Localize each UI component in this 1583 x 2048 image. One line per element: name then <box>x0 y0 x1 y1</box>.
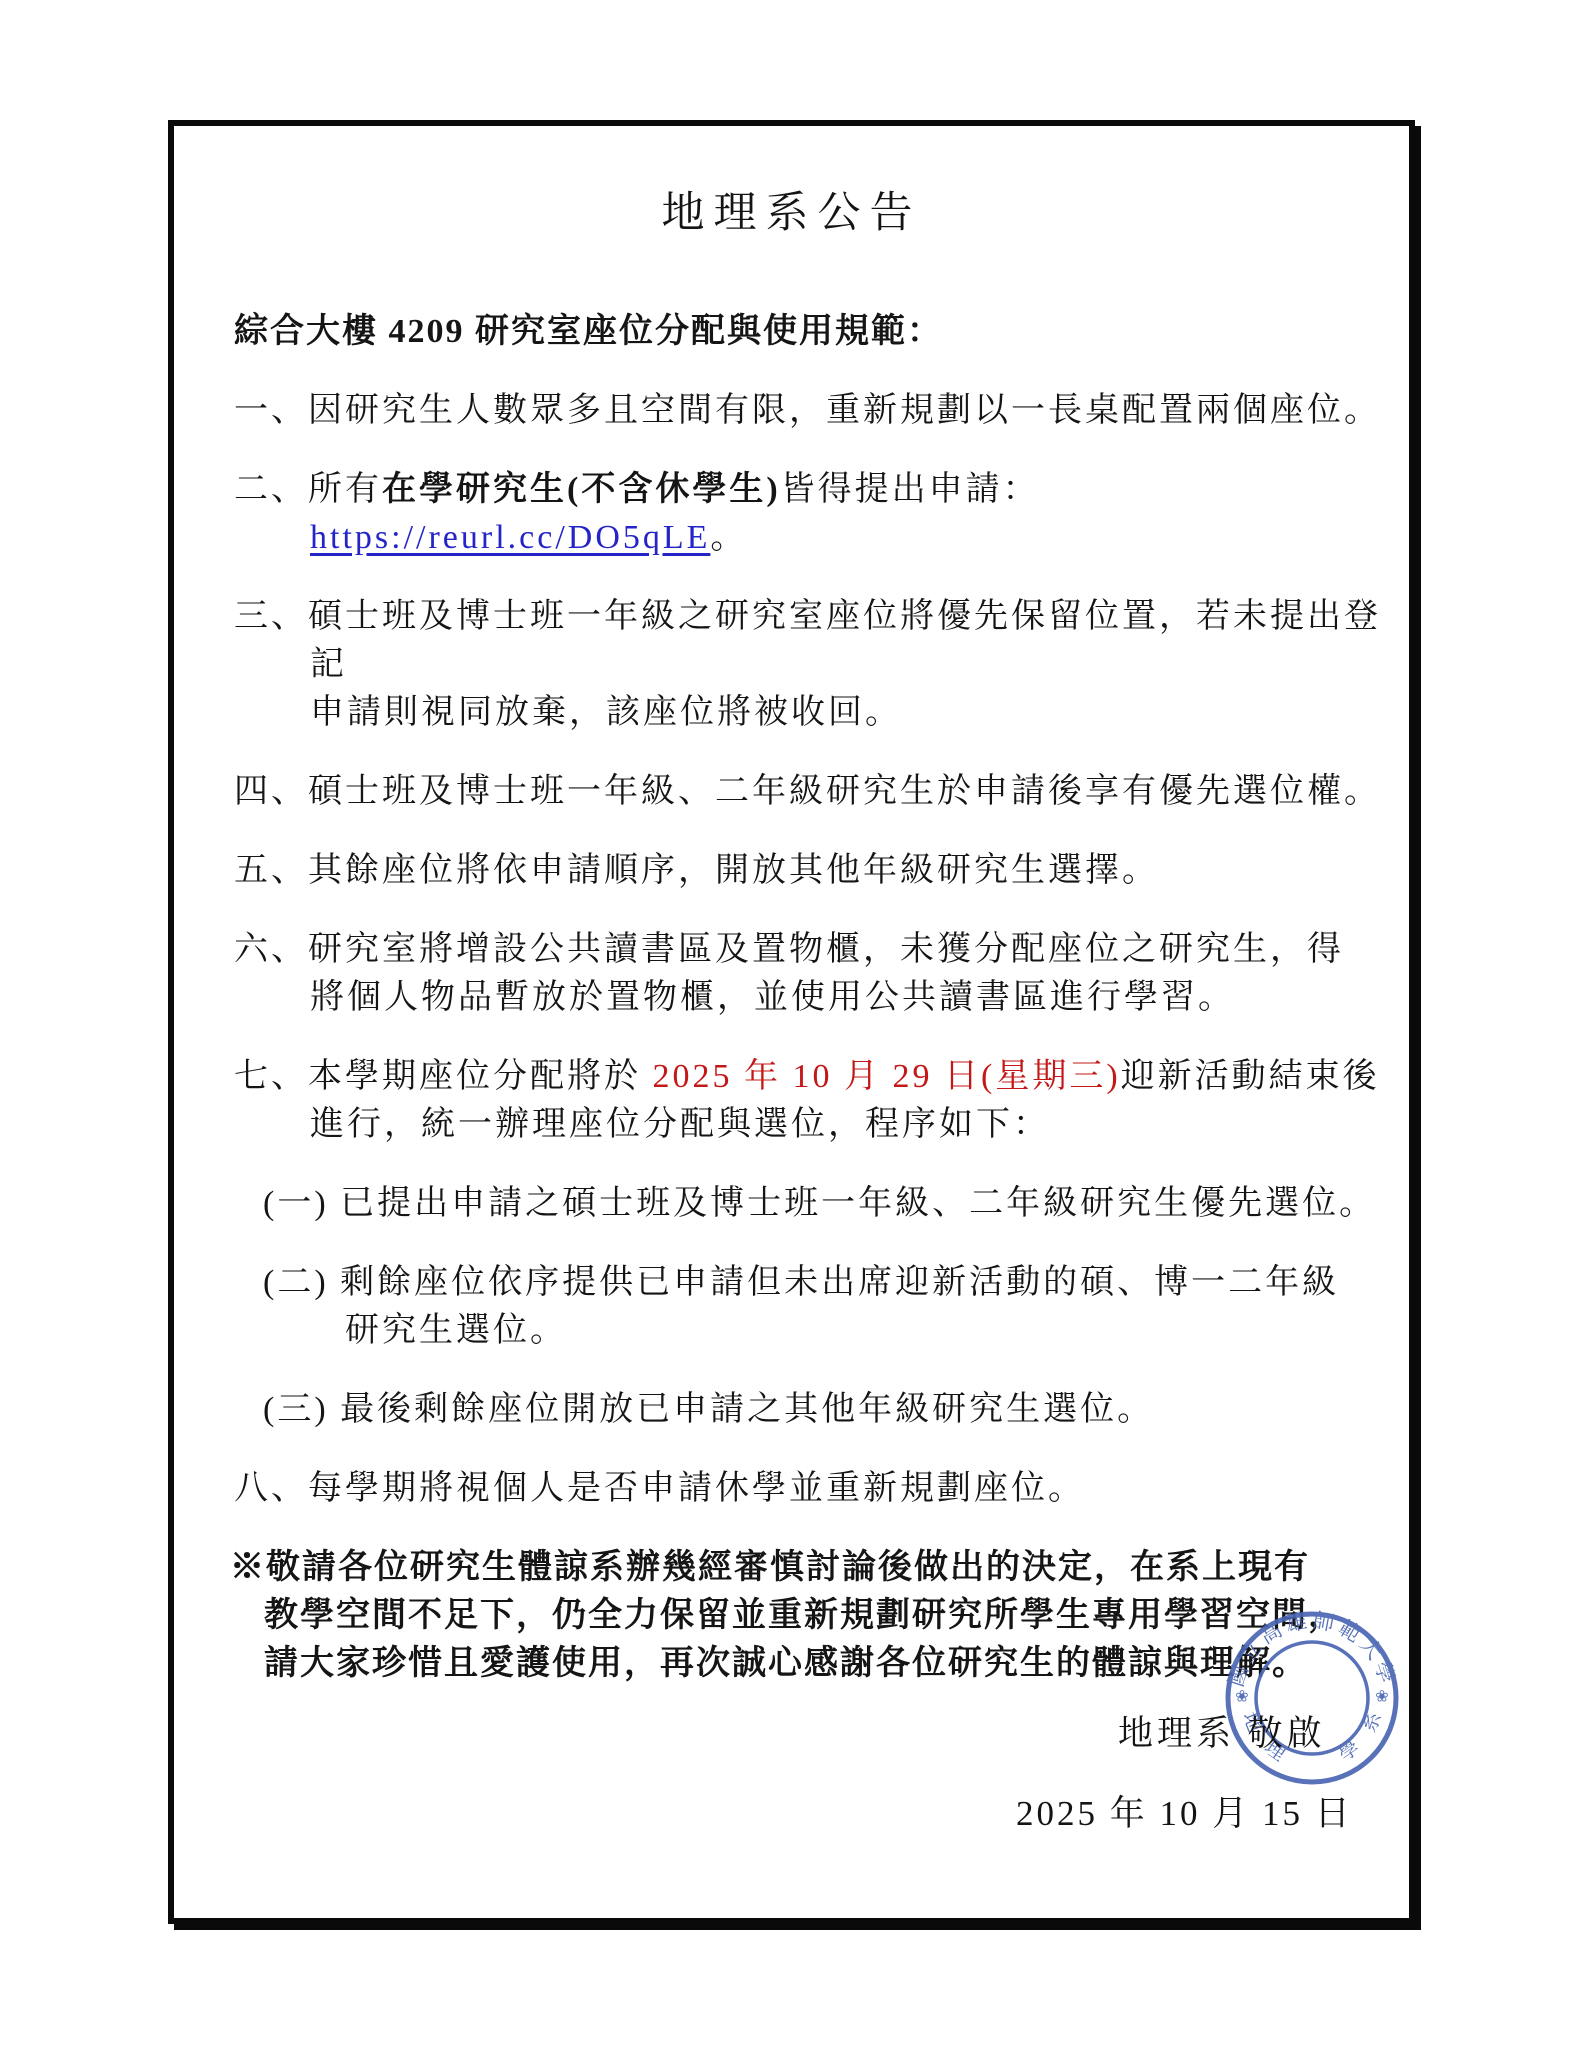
list-item-7: 七、本學期座位分配將於 2025 年 10 月 29 日(星期三)迎新活動結束後… <box>234 1053 1400 1149</box>
item-1-number: 一、 <box>234 392 308 429</box>
stamp-flower-right-icon: ❀ <box>1375 1689 1388 1706</box>
item-6-line-2: 將個人物品暫放於置物櫃，並使用公共讀書區進行學習。 <box>310 979 1235 1016</box>
sub-item-3: (三) 最後剩餘座位開放已申請之其他年級研究生選位。 <box>263 1386 1400 1434</box>
list-item-3: 三、碩士班及博士班一年級之研究室座位將優先保留位置，若未提出登記申請則視同放棄，… <box>234 593 1400 737</box>
item-7-date-red: 2025 年 10 月 29 日(星期三) <box>653 1058 1121 1095</box>
item-7-text-post: 迎新活動結束後 <box>1121 1058 1380 1095</box>
item-2-number: 二、 <box>234 471 308 508</box>
item-3-line-2: 申請則視同放棄，該座位將被收回。 <box>310 694 902 731</box>
sub-item-3-text: 最後剩餘座位開放已申請之其他年級研究生選位。 <box>340 1391 1154 1428</box>
stamp-flower-left-icon: ❀ <box>1235 1689 1248 1706</box>
document-date: 2025 年 10 月 15 日 <box>1016 1786 1353 1836</box>
item-5-number: 五、 <box>234 852 308 889</box>
item-4-text: 碩士班及博士班一年級、二年級研究生於申請後享有優先選位權。 <box>308 773 1381 810</box>
item-7-line-2: 進行，統一辦理座位分配與選位，程序如下： <box>310 1106 1050 1143</box>
item-6-line-1: 研究室將增設公共讀書區及置物櫃，未獲分配座位之研究生，得 <box>308 931 1344 968</box>
announcement-page: 地理系公告 綜合大樓 4209 研究室座位分配與使用規範： 一、因研究生人數眾多… <box>0 0 1583 2048</box>
item-5-text: 其餘座位將依申請順序，開放其他年級研究生選擇。 <box>308 852 1159 889</box>
item-3-line-1: 碩士班及博士班一年級之研究室座位將優先保留位置，若未提出登記 <box>308 598 1381 683</box>
item-2-bold-text: 在學研究生(不含休學生) <box>382 471 781 508</box>
item-1-text: 因研究生人數眾多且空間有限，重新規劃以一長桌配置兩個座位。 <box>308 392 1381 429</box>
document-heading: 綜合大樓 4209 研究室座位分配與使用規範： <box>234 308 1400 356</box>
item-4-number: 四、 <box>234 773 308 810</box>
signature-line: 地理系 敬啟 <box>1118 1706 1326 1756</box>
note-line-2: 教學空間不足下，仍全力保留並重新規劃研究所學生專用學習空間， <box>264 1597 1344 1634</box>
item-7-text-pre: 本學期座位分配將於 <box>308 1058 653 1095</box>
item-2-text-end: 。 <box>710 519 747 556</box>
list-item-2: 二、所有在學研究生(不含休學生)皆得提出申請：https://reurl.cc/… <box>234 466 1400 562</box>
sub-item-2-line-1: 剩餘座位依序提供已申請但未出席迎新活動的碩、博一二年級 <box>340 1264 1339 1301</box>
item-2-text-pre: 所有 <box>308 471 382 508</box>
list-item-5: 五、其餘座位將依申請順序，開放其他年級研究生選擇。 <box>234 847 1400 895</box>
list-item-1: 一、因研究生人數眾多且空間有限，重新規劃以一長桌配置兩個座位。 <box>234 387 1400 435</box>
list-item-4: 四、碩士班及博士班一年級、二年級研究生於申請後享有優先選位權。 <box>234 768 1400 816</box>
sub-item-2-line-2: 研究生選位。 <box>345 1312 567 1349</box>
sub-item-3-number: (三) <box>263 1391 340 1428</box>
stamp-university-arc-text: 國立高雄師範大學 <box>1224 1608 1401 1689</box>
sub-item-2: (二) 剩餘座位依序提供已申請但未出席迎新活動的碩、博一二年級研究生選位。 <box>263 1259 1400 1355</box>
sub-item-1: (一) 已提出申請之碩士班及博士班一年級、二年級研究生優先選位。 <box>263 1180 1400 1228</box>
note-marker: ※ <box>230 1549 266 1586</box>
stamp-bottom-char-xue: 學 <box>1334 1735 1364 1765</box>
list-item-8: 八、每學期將視個人是否申請休學並重新規劃座位。 <box>234 1465 1400 1513</box>
sub-item-1-number: (一) <box>263 1185 340 1222</box>
sub-item-2-number: (二) <box>263 1264 340 1301</box>
application-link[interactable]: https://reurl.cc/DO5qLE <box>310 519 710 556</box>
note-line-1: 敬請各位研究生體諒系辦幾經審慎討論後做出的決定，在系上現有 <box>266 1549 1310 1586</box>
item-8-text: 每學期將視個人是否申請休學並重新規劃座位。 <box>308 1470 1085 1507</box>
stamp-bottom-char-xi: 系 <box>1357 1708 1386 1735</box>
announcement-body: 綜合大樓 4209 研究室座位分配與使用規範： 一、因研究生人數眾多且空間有限，… <box>234 308 1400 1688</box>
item-3-number: 三、 <box>234 598 308 635</box>
department-seal-stamp: 國立高雄師範大學 ❀ ❀ 地 理 學 系 <box>1222 1608 1402 1788</box>
sub-item-1-text: 已提出申請之碩士班及博士班一年級、二年級研究生優先選位。 <box>340 1185 1376 1222</box>
list-item-6: 六、研究室將增設公共讀書區及置物櫃，未獲分配座位之研究生，得將個人物品暫放於置物… <box>234 926 1400 1022</box>
item-6-number: 六、 <box>234 931 308 968</box>
item-7-number: 七、 <box>234 1058 308 1095</box>
page-title: 地理系公告 <box>174 188 1409 240</box>
item-8-number: 八、 <box>234 1470 308 1507</box>
item-2-text-mid: 皆得提出申請： <box>781 471 1040 508</box>
note-line-3: 請大家珍惜且愛護使用，再次誠心感謝各位研究生的體諒與理解。 <box>264 1645 1308 1682</box>
